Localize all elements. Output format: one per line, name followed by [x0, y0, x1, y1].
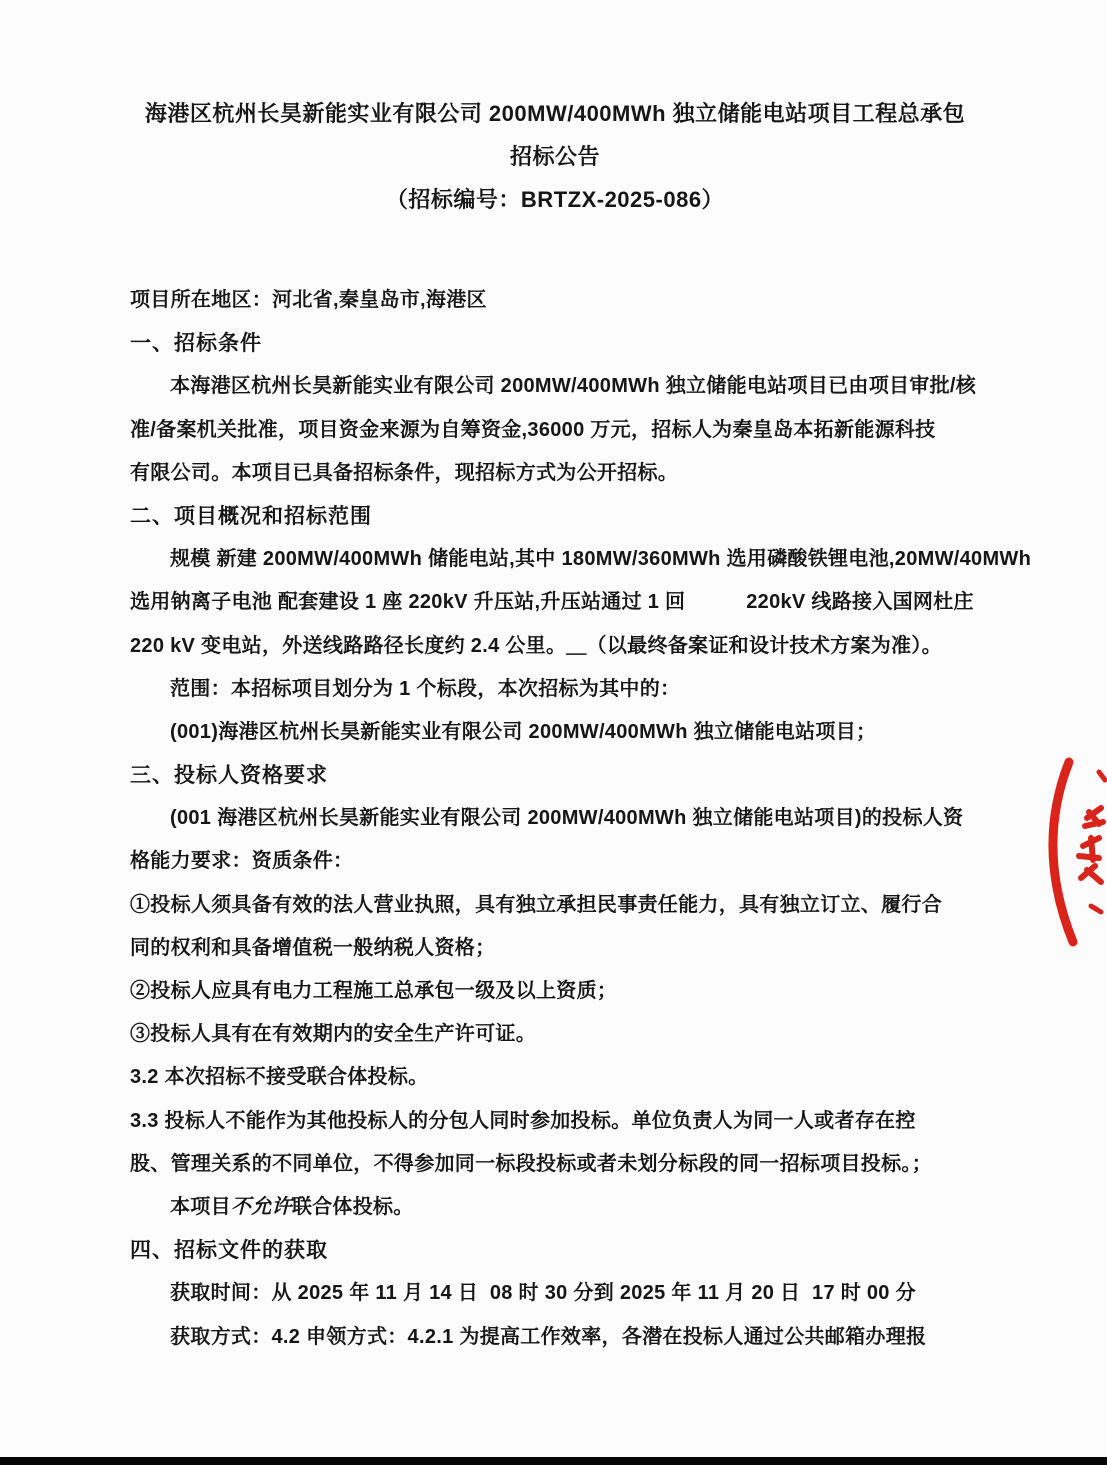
red-seal-icon — [1039, 750, 1107, 950]
section2-heading: 二、项目概况和招标范围 — [130, 495, 980, 538]
section2-line: 220 kV 变电站，外送线路路径长度约 2.4 公里。＿（以最终备案证和设计技… — [130, 625, 980, 668]
section2-line: (001)海港区杭州长昊新能实业有限公司 200MW/400MWh 独立储能电站… — [130, 711, 980, 754]
section3-line: 同的权利和具备增值税一般纳税人资格； — [130, 927, 980, 970]
no-consortium-post: 联合体投标。 — [292, 1196, 414, 1218]
section3-heading: 三、投标人资格要求 — [130, 754, 980, 797]
section3-line: (001 海港区杭州长昊新能实业有限公司 200MW/400MWh 独立储能电站… — [130, 797, 980, 840]
document-page: 海港区杭州长昊新能实业有限公司 200MW/400MWh 独立储能电站项目工程总… — [0, 0, 1107, 1465]
no-consortium-line: 本项目不允许联合体投标。 — [130, 1186, 980, 1229]
section4-heading: 四、招标文件的获取 — [130, 1229, 980, 1272]
document-tender-number: （招标编号：BRTZX-2025-086） — [130, 178, 980, 221]
section4-line: 获取时间：从 2025 年 11 月 14 日 08 时 30 分到 2025 … — [130, 1272, 980, 1315]
section3-line: ②投标人应具有电力工程施工总承包一级及以上资质； — [130, 970, 980, 1013]
section2-line: 选用钠离子电池 配套建设 1 座 220kV 升压站,升压站通过 1 回 220… — [130, 581, 980, 624]
section2-line: 规模 新建 200MW/400MWh 储能电站,其中 180MW/360MWh … — [130, 538, 980, 581]
section3-line: 格能力要求：资质条件： — [130, 840, 980, 883]
section3-line: 股、管理关系的不同单位，不得参加同一标段投标或者未划分标段的同一招标项目投标。； — [130, 1143, 980, 1186]
title-body-gap — [130, 221, 980, 279]
section1-heading: 一、招标条件 — [130, 322, 980, 365]
section2-line: 范围：本招标项目划分为 1 个标段，本次招标为其中的： — [130, 668, 980, 711]
section3-line: ③投标人具有在有效期内的安全生产许可证。 — [130, 1013, 980, 1056]
scan-edge-bottom — [0, 1457, 1107, 1465]
section3-line: ①投标人须具备有效的法人营业执照，具有独立承担民事责任能力，具有独立订立、履行合 — [130, 884, 980, 927]
section1-line: 准/备案机关批准，项目资金来源为自筹资金,36000 万元，招标人为秦皇岛本拓新… — [130, 409, 980, 452]
section1-line: 本海港区杭州长昊新能实业有限公司 200MW/400MWh 独立储能电站项目已由… — [130, 365, 980, 408]
no-consortium-pre: 本项目 — [170, 1196, 231, 1218]
document-title-line2: 招标公告 — [130, 135, 980, 178]
project-location-line: 项目所在地区：河北省,秦皇岛市,海港区 — [130, 279, 980, 322]
section4-line: 获取方式：4.2 申领方式：4.2.1 为提高工作效率，各潜在投标人通过公共邮箱… — [130, 1316, 980, 1359]
section1-line: 有限公司。本项目已具备招标条件，现招标方式为公开招标。 — [130, 452, 980, 495]
document-title-line1: 海港区杭州长昊新能实业有限公司 200MW/400MWh 独立储能电站项目工程总… — [130, 92, 980, 135]
section3-line: 3.3 投标人不能作为其他投标人的分包人同时参加投标。单位负责人为同一人或者存在… — [130, 1100, 980, 1143]
section3-line: 3.2 本次招标不接受联合体投标。 — [130, 1056, 980, 1099]
no-consortium-emphasis: 不允许 — [231, 1196, 292, 1218]
document-content: 海港区杭州长昊新能实业有限公司 200MW/400MWh 独立储能电站项目工程总… — [130, 92, 980, 1359]
